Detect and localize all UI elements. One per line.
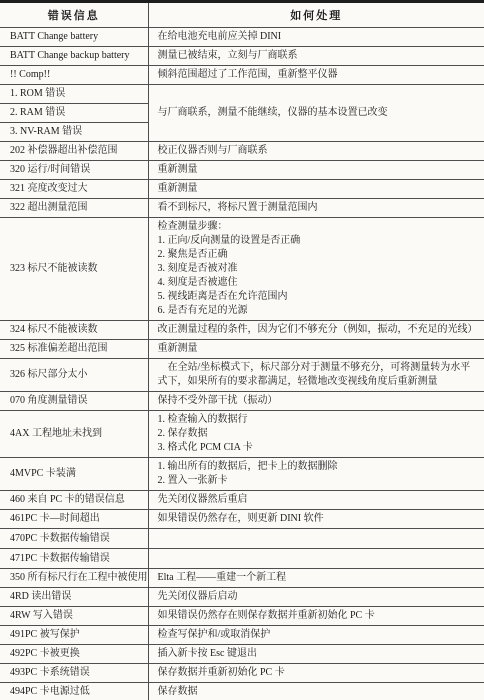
handling-instruction-cell xyxy=(148,549,484,569)
error-message-cell: BATT Change battery xyxy=(0,28,148,47)
instruction-line: 6. 是否有充足的光源 xyxy=(158,304,481,318)
table-header-row: 错误信息 如何处理 xyxy=(0,2,484,28)
table-row: 4RD 读出错误先关闭仪器后启动 xyxy=(0,588,484,607)
table-row: BATT Change backup battery测量已被结束，立刻与厂商联系 xyxy=(0,47,484,66)
table-row: !! Comp!!倾斜范围超过了工作范围，重新整平仪器 xyxy=(0,66,484,85)
instruction-line: 在给电池充电前应关掉 DINI xyxy=(158,30,481,44)
error-message-cell: 491PC 被写保护 xyxy=(0,626,148,645)
instruction-line: 2. 置入一张新卡 xyxy=(158,474,481,488)
error-message-cell: 4AX 工程地址未找到 xyxy=(0,411,148,458)
handling-instruction-cell: 测量已被结束，立刻与厂商联系 xyxy=(148,47,484,66)
table-row: 492PC 卡被更换插入新卡按 Esc 键退出 xyxy=(0,645,484,664)
table-row: 471PC 卡数据传输错误 xyxy=(0,549,484,569)
table-row: 4RW 写入错误如果错误仍然存在则保存数据并重新初始化 PC 卡 xyxy=(0,607,484,626)
handling-instruction-cell: 如果错误仍然存在则保存数据并重新初始化 PC 卡 xyxy=(148,607,484,626)
error-message-cell: 471PC 卡数据传输错误 xyxy=(0,549,148,569)
instruction-line: 测量已被结束，立刻与厂商联系 xyxy=(158,49,481,63)
table-row: 325 标准偏差超出范围重新测量 xyxy=(0,340,484,359)
handling-instruction-cell: 检查写保护和/或取消保护 xyxy=(148,626,484,645)
error-message-cell: 322 超出测量范围 xyxy=(0,199,148,218)
instruction-line: 重新测量 xyxy=(158,182,481,196)
handling-instruction-cell: 插入新卡按 Esc 键退出 xyxy=(148,645,484,664)
error-message-table: 错误信息 如何处理 BATT Change battery在给电池充电前应关掉 … xyxy=(0,0,484,700)
instruction-line: 保存数据并重新初始化 PC 卡 xyxy=(158,666,481,680)
table-row: 350 所有标尺行在工程中被使用Elta 工程——重建一个新工程 xyxy=(0,569,484,588)
instruction-line: 改正测量过程的条件，因为它们不够充分（例如，振动，不充足的光线） xyxy=(158,323,481,337)
handling-instruction-cell: 重新测量 xyxy=(148,161,484,180)
instruction-line: 3. 格式化 PCM CIA 卡 xyxy=(158,441,481,455)
table-row: 493PC 卡系统错误保存数据并重新初始化 PC 卡 xyxy=(0,664,484,683)
error-message-cell: 3. NV-RAM 错误 xyxy=(0,123,148,142)
handling-instruction-cell: 改正测量过程的条件，因为它们不够充分（例如，振动，不充足的光线） xyxy=(148,321,484,340)
instruction-line: 插入新卡按 Esc 键退出 xyxy=(158,647,481,661)
error-message-cell: 1. ROM 错误 xyxy=(0,85,148,104)
handling-instruction-cell: 重新测量 xyxy=(148,340,484,359)
handling-instruction-cell xyxy=(148,529,484,549)
instruction-line: 1. 检查输入的数据行 xyxy=(158,413,481,427)
handling-instruction-cell: 先关闭仪器后启动 xyxy=(148,588,484,607)
error-message-cell: 350 所有标尺行在工程中被使用 xyxy=(0,569,148,588)
instruction-line: 5. 视线距离是否在允许范围内 xyxy=(158,290,481,304)
handling-instruction-cell: 如果错误仍然存在，则更新 DINI 软件 xyxy=(148,510,484,529)
instruction-line: 在全站/坐标模式下，标尺部分对于测量不够充分，可将测量转为水平式下，如果所有的要… xyxy=(158,361,481,389)
handling-instruction-cell: 检查测量步骤：1. 正向/反向测量的设置是否正确2. 聚焦是否正确3. 刻度是否… xyxy=(148,218,484,321)
instruction-line: Elta 工程——重建一个新工程 xyxy=(158,571,481,585)
table-row: 4MVPC 卡装满1. 输出所有的数据后，把卡上的数据删除2. 置入一张新卡 xyxy=(0,458,484,491)
handling-instruction-cell: 与厂商联系，测量不能继续，仪器的基本设置已改变 xyxy=(148,85,484,142)
handling-instruction-cell: 1. 输出所有的数据后，把卡上的数据删除2. 置入一张新卡 xyxy=(148,458,484,491)
manual-page: 错误信息 如何处理 BATT Change battery在给电池充电前应关掉 … xyxy=(0,0,484,700)
table-row: 320 运行/时间错误重新测量 xyxy=(0,161,484,180)
handling-instruction-cell: 在全站/坐标模式下，标尺部分对于测量不够充分，可将测量转为水平式下，如果所有的要… xyxy=(148,359,484,392)
handling-instruction-cell: 保存数据 xyxy=(148,683,484,700)
handling-instruction-cell: 校正仪器否则与厂商联系 xyxy=(148,142,484,161)
handling-instruction-cell: 倾斜范围超过了工作范围，重新整平仪器 xyxy=(148,66,484,85)
table-row: 461PC 卡—时间超出如果错误仍然存在，则更新 DINI 软件 xyxy=(0,510,484,529)
error-message-cell: 070 角度测量错误 xyxy=(0,392,148,411)
instruction-line: 2. 聚焦是否正确 xyxy=(158,248,481,262)
error-message-cell: 326 标尺部分太小 xyxy=(0,359,148,392)
error-message-cell: 202 补偿器超出补偿范围 xyxy=(0,142,148,161)
error-message-cell: 4MVPC 卡装满 xyxy=(0,458,148,491)
error-message-cell: 470PC 卡数据传输错误 xyxy=(0,529,148,549)
table-row: 322 超出测量范围看不到标尺，将标尺置于测量范围内 xyxy=(0,199,484,218)
table-row: 321 亮度改变过大重新测量 xyxy=(0,180,484,199)
error-message-cell: 325 标准偏差超出范围 xyxy=(0,340,148,359)
error-message-cell: 321 亮度改变过大 xyxy=(0,180,148,199)
table-row: 1. ROM 错误与厂商联系，测量不能继续，仪器的基本设置已改变 xyxy=(0,85,484,104)
handling-instruction-cell: 先关闭仪器然后重启 xyxy=(148,491,484,510)
table-row: 323 标尺不能被读数检查测量步骤：1. 正向/反向测量的设置是否正确2. 聚焦… xyxy=(0,218,484,321)
handling-instruction-cell: 保存数据并重新初始化 PC 卡 xyxy=(148,664,484,683)
error-message-cell: 2. RAM 错误 xyxy=(0,104,148,123)
error-message-cell: 460 来自 PC 卡的错误信息 xyxy=(0,491,148,510)
error-message-cell: 493PC 卡系统错误 xyxy=(0,664,148,683)
instruction-line: 倾斜范围超过了工作范围，重新整平仪器 xyxy=(158,68,481,82)
error-message-cell: 323 标尺不能被读数 xyxy=(0,218,148,321)
instruction-line: 4. 刻度是否被遮住 xyxy=(158,276,481,290)
table-row: BATT Change battery在给电池充电前应关掉 DINI xyxy=(0,28,484,47)
error-message-cell: 4RD 读出错误 xyxy=(0,588,148,607)
error-message-cell: BATT Change backup battery xyxy=(0,47,148,66)
instruction-line: 3. 刻度是否被对准 xyxy=(158,262,481,276)
error-message-cell: 324 标尺不能被读数 xyxy=(0,321,148,340)
handling-instruction-cell: 1. 检查输入的数据行2. 保存数据3. 格式化 PCM CIA 卡 xyxy=(148,411,484,458)
instruction-line: 看不到标尺，将标尺置于测量范围内 xyxy=(158,201,481,215)
instruction-line: 保存数据 xyxy=(158,685,481,699)
error-message-cell: 4RW 写入错误 xyxy=(0,607,148,626)
table-row: 070 角度测量错误保持不受外部干扰（振动） xyxy=(0,392,484,411)
instruction-line: 重新测量 xyxy=(158,342,481,356)
error-table-body: BATT Change battery在给电池充电前应关掉 DINIBATT C… xyxy=(0,28,484,700)
instruction-line: 与厂商联系，测量不能继续，仪器的基本设置已改变 xyxy=(158,106,481,120)
table-row: 202 补偿器超出补偿范围校正仪器否则与厂商联系 xyxy=(0,142,484,161)
handling-instruction-cell: 保持不受外部干扰（振动） xyxy=(148,392,484,411)
instruction-line: 检查测量步骤： xyxy=(158,220,481,234)
table-row: 470PC 卡数据传输错误 xyxy=(0,529,484,549)
table-row: 4AX 工程地址未找到1. 检查输入的数据行2. 保存数据3. 格式化 PCM … xyxy=(0,411,484,458)
error-message-cell: 320 运行/时间错误 xyxy=(0,161,148,180)
table-row: 494PC 卡电源过低保存数据 xyxy=(0,683,484,700)
handling-instruction-cell: Elta 工程——重建一个新工程 xyxy=(148,569,484,588)
error-message-cell: 461PC 卡—时间超出 xyxy=(0,510,148,529)
table-row: 491PC 被写保护检查写保护和/或取消保护 xyxy=(0,626,484,645)
instruction-line: 如果错误仍然存在则保存数据并重新初始化 PC 卡 xyxy=(158,609,481,623)
table-row: 324 标尺不能被读数改正测量过程的条件，因为它们不够充分（例如，振动，不充足的… xyxy=(0,321,484,340)
instruction-line: 先关闭仪器然后重启 xyxy=(158,493,481,507)
instruction-line: 1. 输出所有的数据后，把卡上的数据删除 xyxy=(158,460,481,474)
instruction-line: 如果错误仍然存在，则更新 DINI 软件 xyxy=(158,512,481,526)
error-message-cell: !! Comp!! xyxy=(0,66,148,85)
instruction-line: 检查写保护和/或取消保护 xyxy=(158,628,481,642)
instruction-line: 保持不受外部干扰（振动） xyxy=(158,394,481,408)
handling-instruction-cell: 在给电池充电前应关掉 DINI xyxy=(148,28,484,47)
table-row: 326 标尺部分太小在全站/坐标模式下，标尺部分对于测量不够充分，可将测量转为水… xyxy=(0,359,484,392)
error-message-cell: 492PC 卡被更换 xyxy=(0,645,148,664)
instruction-line: 校正仪器否则与厂商联系 xyxy=(158,144,481,158)
column-header-how-to-handle: 如何处理 xyxy=(148,2,484,28)
instruction-line: 先关闭仪器后启动 xyxy=(158,590,481,604)
error-message-cell: 494PC 卡电源过低 xyxy=(0,683,148,700)
handling-instruction-cell: 重新测量 xyxy=(148,180,484,199)
column-header-error-info: 错误信息 xyxy=(0,2,148,28)
table-row: 460 来自 PC 卡的错误信息先关闭仪器然后重启 xyxy=(0,491,484,510)
instruction-line: 重新测量 xyxy=(158,163,481,177)
instruction-line: 2. 保存数据 xyxy=(158,427,481,441)
instruction-line: 1. 正向/反向测量的设置是否正确 xyxy=(158,234,481,248)
handling-instruction-cell: 看不到标尺，将标尺置于测量范围内 xyxy=(148,199,484,218)
